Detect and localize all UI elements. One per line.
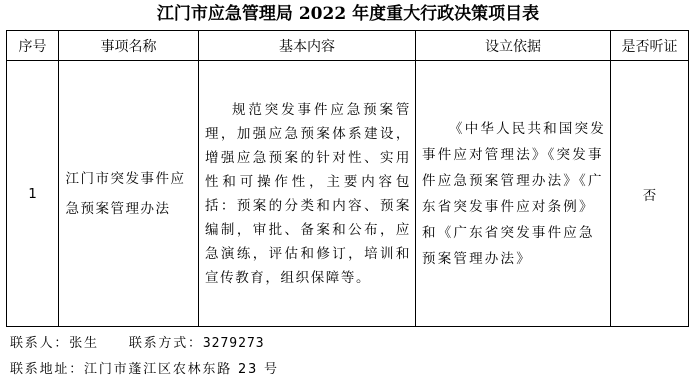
decision-items-table: 序号 事项名称 基本内容 设立依据 是否听证 1 江门市突发事件应急预案管理办法…	[6, 30, 689, 327]
legal-basis-text: 《中华人民共和国突发事件应对管理法》《突发事件应急预案管理办法》《广东省突发事件…	[422, 116, 606, 272]
basic-content-text: 规范突发事件应急预案管理，加强应急预案体系建设，增强应急预案的针对性、实用性和可…	[205, 98, 411, 290]
cell-legal-basis: 《中华人民共和国突发事件应对管理法》《突发事件应急预案管理办法》《广东省突发事件…	[416, 61, 611, 327]
header-basic-content: 基本内容	[199, 31, 416, 61]
document-title: 江门市应急管理局 2022 年度重大行政决策项目表	[0, 3, 696, 25]
contact-person-label: 联系人：	[10, 336, 69, 351]
contact-person: 张生	[69, 336, 99, 351]
cell-hearing: 否	[611, 61, 689, 327]
header-hearing: 是否听证	[611, 31, 689, 61]
contact-phone: 3279273	[203, 336, 265, 351]
contact-address: 江门市蓬江区农林东路 23 号	[84, 362, 279, 377]
item-name-text: 江门市突发事件应急预案管理办法	[66, 164, 192, 224]
header-seq: 序号	[7, 31, 59, 61]
cell-seq: 1	[7, 61, 59, 327]
contact-phone-label: 联系方式：	[129, 336, 203, 351]
contact-address-label: 联系地址：	[10, 362, 84, 377]
cell-basic-content: 规范突发事件应急预案管理，加强应急预案体系建设，增强应急预案的针对性、实用性和可…	[199, 61, 416, 327]
cell-item-name: 江门市突发事件应急预案管理办法	[59, 61, 199, 327]
header-legal-basis: 设立依据	[416, 31, 611, 61]
table-header-row: 序号 事项名称 基本内容 设立依据 是否听证	[7, 31, 689, 61]
table-row: 1 江门市突发事件应急预案管理办法 规范突发事件应急预案管理，加强应急预案体系建…	[7, 61, 689, 327]
address-line: 联系地址：江门市蓬江区农林东路 23 号	[10, 362, 279, 378]
contact-line: 联系人：张生联系方式：3279273	[10, 336, 265, 352]
header-item-name: 事项名称	[59, 31, 199, 61]
